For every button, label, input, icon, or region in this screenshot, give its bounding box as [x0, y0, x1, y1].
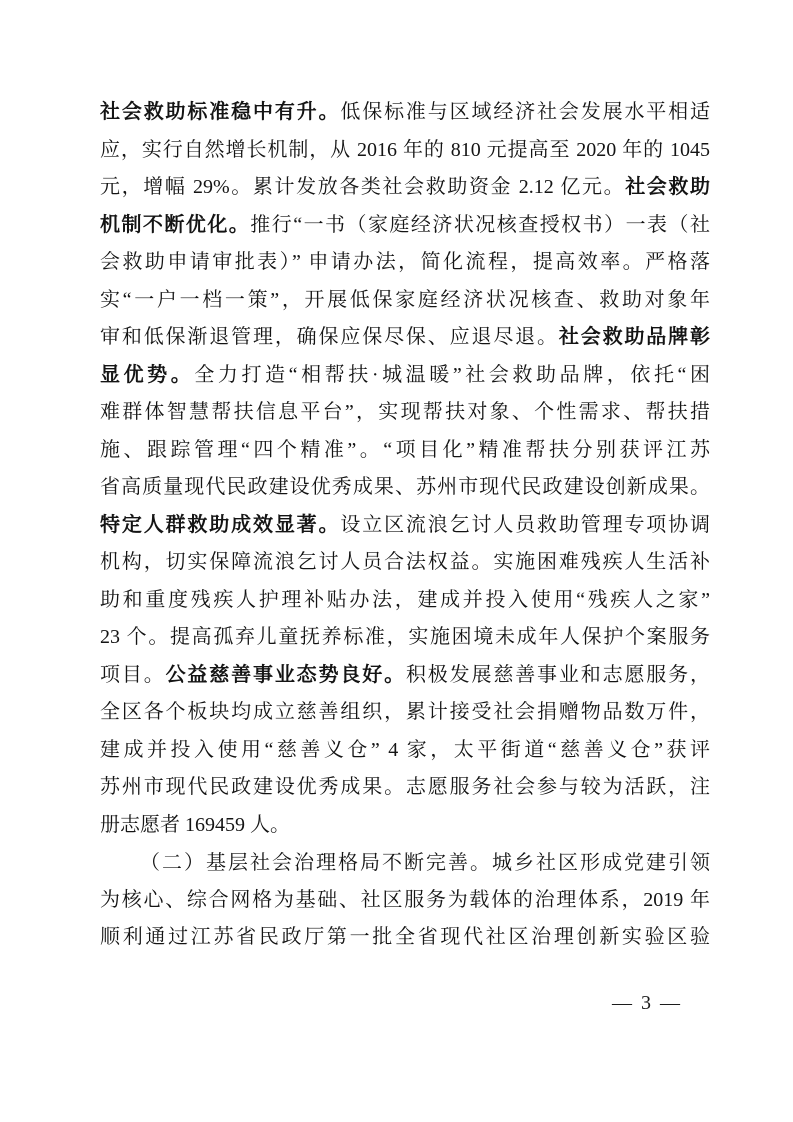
text-line: 难群体智慧帮扶信息平台”，实现帮扶对象、个性需求、帮扶措 [100, 394, 710, 432]
body-text: 审和低保渐退管理，确保应保尽保、应退尽退。 [100, 326, 559, 348]
document-body: 社会救助标准稳中有升。低保标准与区域经济社会发展水平相适应，实行自然增长机制，从… [100, 94, 710, 957]
text-line: 册志愿者 169459 人。 [100, 807, 710, 845]
emphasis-text: 社会救助标准稳中有升。 [100, 101, 340, 123]
subsection-heading-text: （二）基层社会治理格局不断完善。 [140, 850, 492, 874]
text-line: 显优势。全力打造“相帮扶·城温暖”社会救助品牌，依托“困 [100, 357, 710, 395]
text-line: 机构，切实保障流浪乞讨人员合法权益。实施困难残疾人生活补 [100, 544, 710, 582]
body-text: 为核心、综合网格为基础、社区服务为载体的治理体系，2019 年 [100, 889, 710, 911]
body-text: 应，实行自然增长机制，从 2016 年的 810 元提高至 2020 年的 10… [100, 139, 710, 161]
text-line: 23 个。提高孤弃儿童抚养标准，实施困境未成年人保护个案服务 [100, 619, 710, 657]
body-text: 23 个。提高孤弃儿童抚养标准，实施困境未成年人保护个案服务 [100, 626, 710, 648]
body-text: 项目。 [100, 664, 166, 686]
text-line: 项目。公益慈善事业态势良好。积极发展慈善事业和志愿服务， [100, 657, 710, 695]
body-text: 建成并投入使用“慈善义仓” 4 家，太平街道“慈善义仓”获评 [100, 739, 710, 761]
body-text: 元，增幅 29%。累计发放各类社会救助资金 2.12 亿元。 [100, 176, 625, 198]
text-line: 顺利通过江苏省民政厅第一批全省现代社区治理创新实验区验 [100, 919, 710, 957]
emphasis-text: 公益慈善事业态势良好。 [166, 664, 406, 686]
document-page: 社会救助标准稳中有升。低保标准与区域经济社会发展水平相适应，实行自然增长机制，从… [0, 0, 793, 1122]
text-line: 审和低保渐退管理，确保应保尽保、应退尽退。社会救助品牌彰 [100, 319, 710, 357]
text-line: 施、跟踪管理“四个精准”。“项目化”精准帮扶分别获评江苏 [100, 432, 710, 470]
text-line: 会救助申请审批表）” 申请办法，简化流程，提高效率。严格落 [100, 244, 710, 282]
text-line: 元，增幅 29%。累计发放各类社会救助资金 2.12 亿元。社会救助 [100, 169, 710, 207]
emphasis-text: 显优势。 [100, 364, 194, 386]
body-text: 全力打造“相帮扶·城温暖”社会救助品牌，依托“困 [194, 364, 710, 386]
text-line: 特定人群救助成效显著。设立区流浪乞讨人员救助管理专项协调 [100, 507, 710, 545]
body-text: 难群体智慧帮扶信息平台”，实现帮扶对象、个性需求、帮扶措 [100, 401, 710, 423]
text-line: 建成并投入使用“慈善义仓” 4 家，太平街道“慈善义仓”获评 [100, 732, 710, 770]
text-line: 机制不断优化。推行“一书（家庭经济状况核查授权书）一表（社 [100, 207, 710, 245]
text-line: （二）基层社会治理格局不断完善。城乡社区形成党建引领 [100, 844, 710, 882]
body-text: 会救助申请审批表）” 申请办法，简化流程，提高效率。严格落 [100, 251, 710, 273]
text-line: 社会救助标准稳中有升。低保标准与区域经济社会发展水平相适 [100, 94, 710, 132]
emphasis-text: 机制不断优化。 [100, 214, 250, 236]
text-line: 苏州市现代民政建设优秀成果。志愿服务社会参与较为活跃，注 [100, 769, 710, 807]
body-text: 省高质量现代民政建设优秀成果、苏州市现代民政建设创新成果。 [100, 476, 710, 498]
text-line: 省高质量现代民政建设优秀成果、苏州市现代民政建设创新成果。 [100, 469, 710, 507]
text-line: 应，实行自然增长机制，从 2016 年的 810 元提高至 2020 年的 10… [100, 132, 710, 170]
body-text: 册志愿者 169459 人。 [100, 814, 290, 836]
text-line: 全区各个板块均成立慈善组织，累计接受社会捐赠物品数万件， [100, 694, 710, 732]
body-text: 设立区流浪乞讨人员救助管理专项协调 [340, 514, 710, 536]
body-text: 积极发展慈善事业和志愿服务， [406, 664, 710, 686]
body-text: 机构，切实保障流浪乞讨人员合法权益。实施困难残疾人生活补 [100, 551, 710, 573]
emphasis-text: 特定人群救助成效显著。 [100, 514, 340, 536]
text-line: 为核心、综合网格为基础、社区服务为载体的治理体系，2019 年 [100, 882, 710, 920]
text-line: 实“一户一档一策”，开展低保家庭经济状况核查、救助对象年 [100, 282, 710, 320]
body-text: 助和重度残疾人护理补贴办法，建成并投入使用“残疾人之家” [100, 589, 710, 611]
body-text: 全区各个板块均成立慈善组织，累计接受社会捐赠物品数万件， [100, 701, 710, 723]
body-text: 推行“一书（家庭经济状况核查授权书）一表（社 [250, 214, 710, 236]
body-text: 施、跟踪管理“四个精准”。“项目化”精准帮扶分别获评江苏 [100, 439, 710, 461]
body-text: 低保标准与区域经济社会发展水平相适 [340, 101, 710, 123]
text-line: 助和重度残疾人护理补贴办法，建成并投入使用“残疾人之家” [100, 582, 710, 620]
body-text: 实“一户一档一策”，开展低保家庭经济状况核查、救助对象年 [100, 289, 710, 311]
emphasis-text: 社会救助品牌彰 [559, 326, 710, 348]
body-text: 顺利通过江苏省民政厅第一批全省现代社区治理创新实验区验 [100, 926, 710, 948]
body-text: 城乡社区形成党建引领 [492, 852, 710, 874]
body-text: 苏州市现代民政建设优秀成果。志愿服务社会参与较为活跃，注 [100, 776, 710, 798]
page-number: — 3 — [612, 990, 682, 1016]
emphasis-text: 社会救助 [625, 176, 710, 198]
